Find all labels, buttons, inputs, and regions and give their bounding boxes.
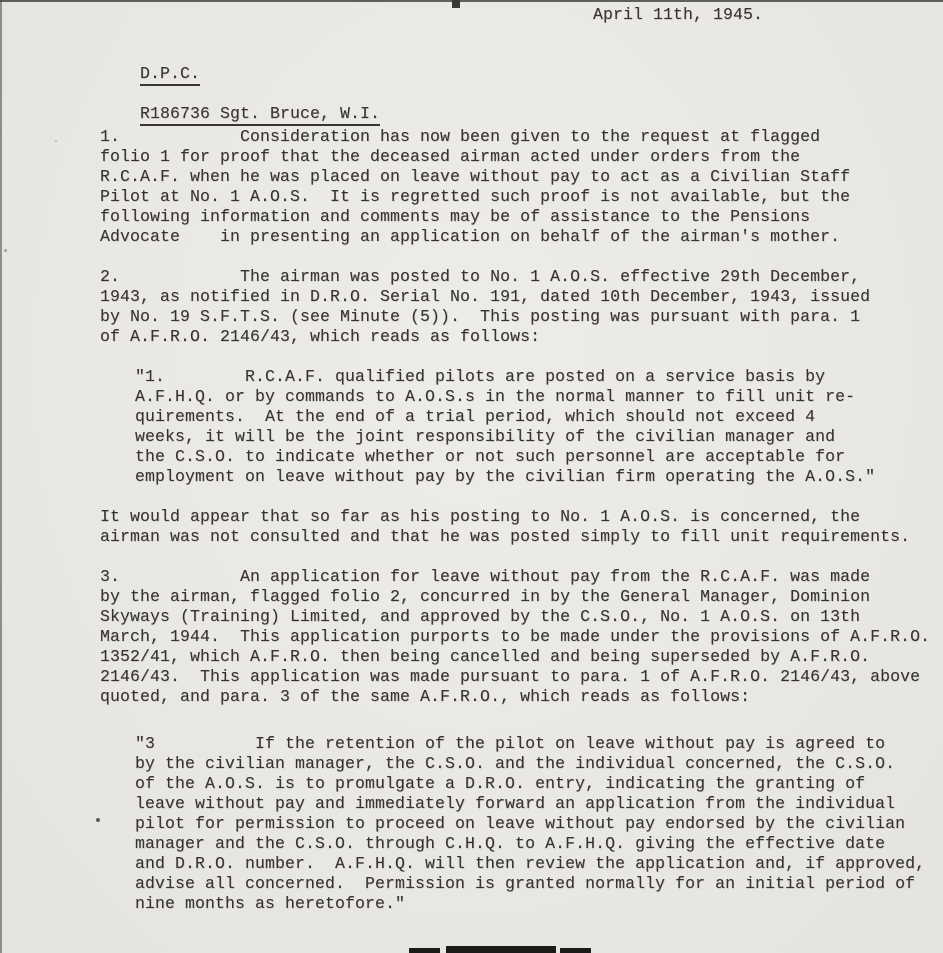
- recipient-heading-text: D.P.C.: [140, 66, 200, 86]
- paragraph-2: 2. The airman was posted to No. 1 A.O.S.…: [100, 267, 870, 347]
- scan-top-tick-artifact: [452, 0, 460, 8]
- afro-quote-paragraph-3: "3 If the retention of the pilot on leav…: [135, 734, 925, 914]
- scan-top-edge-artifact: [0, 0, 943, 2]
- paragraph-1: 1. Consideration has now been given to t…: [100, 127, 850, 247]
- ink-speck: [4, 249, 7, 252]
- scan-left-edge-artifact: [0, 0, 2, 953]
- afro-quote-paragraph-1: "1. R.C.A.F. qualified pilots are posted…: [135, 367, 875, 487]
- bottom-signature-bar-1: [409, 948, 440, 953]
- paragraph-3: 3. An application for leave without pay …: [100, 567, 930, 707]
- observation-paragraph: It would appear that so far as his posti…: [100, 507, 910, 547]
- subject-heading-text: R186736 Sgt. Bruce, W.I.: [140, 106, 380, 126]
- document-date: April 11th, 1945.: [593, 5, 763, 25]
- scanned-document-page: April 11th, 1945. D.P.C. R186736 Sgt. Br…: [0, 0, 943, 953]
- ink-speck: [96, 818, 100, 822]
- bottom-signature-bar-2: [446, 946, 556, 953]
- bottom-signature-bar-3: [560, 948, 591, 953]
- ink-speck: [55, 140, 57, 142]
